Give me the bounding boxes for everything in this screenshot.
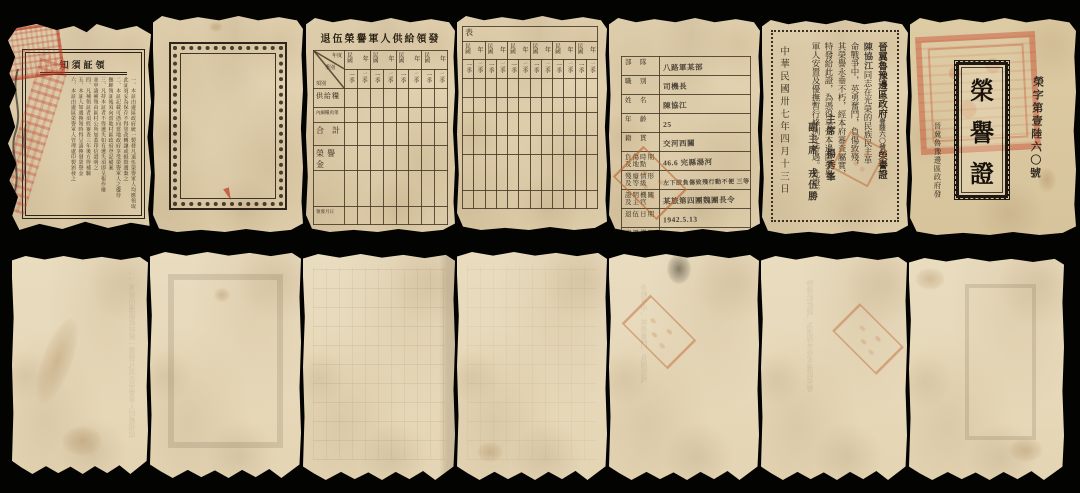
- cell: [370, 171, 383, 207]
- cover-title-char: 譽: [970, 113, 994, 148]
- document-photo: 知須証領 一、本証由邊區政府統一製發凡退伍榮譽軍人均應領取 此証須妥為保存不得塗…: [0, 0, 1080, 493]
- cell: [508, 98, 519, 113]
- cell: [485, 98, 496, 113]
- supply-table-title: 退伍榮譽軍人供給領發: [314, 30, 447, 45]
- certificate-date: 中華民國卅七年四月十三日: [776, 46, 790, 208]
- form-value: 滿城縣政府: [660, 228, 751, 233]
- form-value: 46.6 完縣湯河: [660, 152, 751, 171]
- stain: [28, 314, 87, 409]
- year-label: 民國: [398, 52, 404, 63]
- paper-texture: [609, 254, 759, 480]
- quarter-cell: 一季: [463, 60, 474, 79]
- cover-ornate-frame: 榮 譽 證: [954, 60, 1010, 200]
- cell: [496, 136, 507, 155]
- panel-back-1: 一、本証由邊區政府統一製發凡退伍榮譽軍人均應領取: [12, 256, 148, 474]
- notice-column: 四、凡補領証者須經審查三年後方得補驗: [84, 77, 92, 210]
- panel-info-form: 部 隊八路軍某部 職 別司機長 姓 名陳協江 年 齡25 籍 貫交河西關 負傷時…: [609, 18, 760, 232]
- cell: [586, 113, 597, 136]
- cell: [396, 207, 409, 225]
- form-label: 年 齡: [622, 114, 660, 133]
- year-label: 民國: [554, 43, 560, 54]
- cell: [474, 191, 485, 209]
- diagonal-header-cell: 年度 季別 項別: [314, 51, 345, 89]
- cell: [396, 171, 409, 207]
- year-suffix: 年: [363, 54, 369, 63]
- panel-back-3: [303, 254, 455, 480]
- cell: [345, 171, 358, 207]
- cell: [553, 191, 564, 209]
- cell: [575, 98, 586, 113]
- year-suffix: 年: [522, 45, 528, 54]
- cover-title-char: 證: [970, 154, 994, 189]
- panel-back-6: 特發給此證，為憑得享受本邊區榮譽: [761, 256, 907, 480]
- quarter-cell: 二季: [519, 60, 530, 79]
- cell: [496, 79, 507, 98]
- cell: [530, 191, 541, 209]
- cell: [396, 146, 409, 171]
- cell: [474, 79, 485, 98]
- year-suffix: 年: [440, 54, 446, 63]
- cell: [541, 155, 552, 191]
- notice-column: 三、凡持本証者不得遺失如有遺失須即呈報作廢: [99, 77, 107, 210]
- year-group-cell: 民國年: [370, 51, 396, 70]
- cell: [564, 79, 575, 98]
- cell: [474, 98, 485, 113]
- cell: [496, 98, 507, 113]
- cell: [345, 89, 358, 108]
- quarter-cell: 一季: [396, 70, 409, 89]
- cell: [541, 98, 552, 113]
- cover-serial-number: 榮字第壹陸六〇號: [1026, 76, 1046, 180]
- cell: [575, 136, 586, 155]
- cell: [519, 79, 530, 98]
- cell: [485, 113, 496, 136]
- cell: [553, 113, 564, 136]
- year-label: 民國: [372, 52, 378, 63]
- diag-label-quarter: 季別: [325, 64, 335, 71]
- panel-blank-frame: [153, 16, 303, 232]
- cell: [519, 136, 530, 155]
- quarter-cell: 一季: [370, 70, 383, 89]
- quarter-cell: 一季: [553, 60, 564, 79]
- cell: [383, 207, 396, 225]
- vice-chairman-signature: 副主席 戎伍勝: [804, 122, 818, 203]
- notice-column: 撫卹領証後須向當地村區政府登記備案: [106, 77, 114, 210]
- cell: [409, 89, 422, 108]
- supply-table-cont: 表 民國年 民國年 民國年 民國年 民國年 民國年 一季 二季 一季 二季 一季…: [462, 26, 598, 209]
- row-label: 領發月日: [314, 207, 345, 225]
- cell: [383, 123, 396, 146]
- year-suffix: 年: [545, 45, 551, 54]
- cell: [370, 89, 383, 108]
- cell: [370, 123, 383, 146]
- cell: [396, 108, 409, 123]
- form-label: 職 別: [622, 76, 660, 95]
- panel-supply-table-cont: 表 民國年 民國年 民國年 民國年 民國年 民國年 一季 二季 一季 二季 一季…: [457, 16, 607, 230]
- year-group-cell: 民國年: [553, 42, 576, 60]
- cell: [508, 155, 519, 191]
- form-value: 陳協江: [660, 95, 751, 114]
- panel-back-4: [457, 252, 607, 480]
- cell: [409, 207, 422, 225]
- quarter-cell: 一季: [575, 60, 586, 79]
- stain: [1009, 438, 1043, 462]
- year-group-cell: 民國年: [530, 42, 553, 60]
- form-label: 安置機關 及經手人: [622, 228, 660, 233]
- year-group-cell: 民國年: [508, 42, 531, 60]
- year-suffix: 年: [500, 45, 506, 54]
- year-group-cell: 民國年: [345, 51, 371, 70]
- cell: [409, 108, 422, 123]
- cell: [409, 146, 422, 171]
- cell: [519, 113, 530, 136]
- notice-column: 六、本証由邊區榮譽軍人管理處印製頒發之: [69, 77, 77, 210]
- cell: [345, 108, 358, 123]
- cell: [541, 136, 552, 155]
- cell: [396, 123, 409, 146]
- form-value: 司機長: [660, 76, 751, 95]
- year-label: 民國: [423, 52, 429, 63]
- cell: [541, 191, 552, 209]
- cell: [485, 136, 496, 155]
- stain: [1038, 168, 1056, 192]
- diag-label-year: 年度: [332, 52, 342, 59]
- cell: [357, 207, 370, 225]
- cell: [553, 98, 564, 113]
- form-label: 部 隊: [622, 57, 660, 76]
- cell: [530, 79, 541, 98]
- title-continuation: 表: [463, 27, 598, 42]
- paper-texture: [761, 256, 907, 480]
- quarter-cell: 一季: [485, 60, 496, 79]
- cell: [435, 108, 448, 123]
- cell: [357, 146, 370, 171]
- form-value: 1942.5.13: [660, 209, 751, 228]
- cell: [357, 89, 370, 108]
- notice-column: 二、本証記載可憑向當地政府享受榮譽軍人之優待: [114, 77, 122, 210]
- quarter-cell: 二季: [564, 60, 575, 79]
- cell: [564, 136, 575, 155]
- quarter-cell: 二季: [357, 70, 370, 89]
- year-suffix: 年: [388, 54, 394, 63]
- cell: [383, 89, 396, 108]
- cell: [496, 155, 507, 191]
- certificate-heading: 晉冀魯豫邊區政府壹陸六〇號榮譽證: [874, 42, 888, 210]
- supply-table: 年度 季別 項別 民國年 民國年 民國年 民國年 一季 二季 一季 二季 一季 …: [313, 50, 448, 225]
- cell: [485, 79, 496, 98]
- bleed-through-text: 一、本証由邊區政府統一製發凡退伍榮譽軍人均應領取: [127, 270, 138, 450]
- quarter-cell: 一季: [422, 70, 435, 89]
- cell: [357, 171, 370, 207]
- cell: [586, 191, 597, 209]
- cell: [474, 155, 485, 191]
- quarter-cell: 二季: [383, 70, 396, 89]
- quarter-cell: 二季: [409, 70, 422, 89]
- notice-column: 並申請補領由區村公所加蓋印信證明之: [91, 77, 99, 210]
- panel-back-7: [909, 258, 1064, 480]
- cell: [422, 207, 435, 225]
- cell: [508, 136, 519, 155]
- cell: [435, 207, 448, 225]
- cell: [564, 155, 575, 191]
- year-group-cell: 民國年: [463, 42, 486, 60]
- cell: [463, 191, 474, 209]
- year-label: 民國: [577, 43, 583, 54]
- cell: [370, 108, 383, 123]
- cell: [463, 136, 474, 155]
- cell: [496, 113, 507, 136]
- cell: [409, 171, 422, 207]
- cell: [463, 79, 474, 98]
- cell: [564, 113, 575, 136]
- cell: [575, 191, 586, 209]
- cell: [474, 136, 485, 155]
- quarter-cell: 一季: [345, 70, 358, 89]
- cell: [422, 171, 435, 207]
- cover-title: 榮 譽 證: [959, 71, 1005, 189]
- cell: [530, 113, 541, 136]
- year-label: 民國: [532, 43, 538, 54]
- cell: [553, 136, 564, 155]
- cell: [530, 136, 541, 155]
- cell: [485, 155, 496, 191]
- cell: [519, 98, 530, 113]
- year-suffix: 年: [477, 45, 483, 54]
- cell: [345, 146, 358, 171]
- quarter-cell: 二季: [435, 70, 448, 89]
- quarter-cell: 二季: [586, 60, 597, 79]
- quarter-cell: 一季: [530, 60, 541, 79]
- row-label: [314, 171, 345, 207]
- quarter-cell: 二季: [541, 60, 552, 79]
- quarter-cell: 二季: [496, 60, 507, 79]
- recipient-name: 陳協江: [861, 42, 875, 71]
- form-value: 25: [660, 114, 751, 133]
- info-form-table: 部 隊八路軍某部 職 別司機長 姓 名陳協江 年 齡25 籍 貫交河西關 負傷時…: [621, 56, 751, 232]
- stain: [62, 426, 102, 456]
- cell: [474, 113, 485, 136]
- form-label: 姓 名: [622, 95, 660, 114]
- cell: [357, 108, 370, 123]
- cell: [508, 79, 519, 98]
- cell: [586, 155, 597, 191]
- year-label: 民國: [509, 43, 515, 54]
- cell: [508, 113, 519, 136]
- cell: [586, 136, 597, 155]
- cell: [435, 89, 448, 108]
- quarter-cell: 一季: [508, 60, 519, 79]
- cell: [357, 123, 370, 146]
- panel-back-2: [150, 252, 301, 478]
- year-group-cell: 民國年: [485, 42, 508, 60]
- cell: [564, 98, 575, 113]
- notice-column: 五、本証人如遇換領時得呈請換發榮譽金: [76, 77, 84, 210]
- stain: [477, 442, 503, 462]
- cell: [508, 191, 519, 209]
- cell: [485, 191, 496, 209]
- red-diamond-stamp: [832, 303, 904, 375]
- year-label: 民國: [487, 43, 493, 54]
- cell: [422, 123, 435, 146]
- cell: [519, 155, 530, 191]
- cell: [463, 98, 474, 113]
- chairman-signature: 主席 楊秀峯: [822, 114, 836, 183]
- cell: [435, 171, 448, 207]
- cell: [422, 108, 435, 123]
- notice-column: 此証須妥為保存不得塗改轉讓或損毀遺棄之: [121, 77, 129, 210]
- row-label: 合 計: [314, 123, 345, 146]
- year-group-cell: 民國年: [396, 51, 422, 70]
- cell: [345, 207, 358, 225]
- cell: [409, 123, 422, 146]
- panel-back-5: 命戰爭中，英勇奮鬥，負傷致殘，: [609, 254, 759, 480]
- cell: [575, 79, 586, 98]
- cell: [370, 207, 383, 225]
- bleed-through-frame: [965, 284, 1036, 440]
- bleed-through-text: 特發給此證，為憑得享受本邊區榮譽: [805, 280, 816, 460]
- cell: [463, 113, 474, 136]
- stain: [915, 268, 945, 290]
- year-label: 民國: [346, 52, 352, 63]
- cell: [553, 155, 564, 191]
- cell: [530, 155, 541, 191]
- cell: [530, 98, 541, 113]
- cell: [345, 123, 358, 146]
- certificate-line: 命戰爭中，英勇奮鬥，負傷致殘，: [848, 42, 861, 210]
- quarter-cell: 二季: [474, 60, 485, 79]
- cell: [383, 108, 396, 123]
- cell: [541, 113, 552, 136]
- year-suffix: 年: [414, 54, 420, 63]
- year-group-cell: 民國年: [422, 51, 448, 70]
- cover-issuer: 晉冀魯豫邊區政府發: [932, 122, 943, 199]
- cell: [396, 89, 409, 108]
- panel-notice: 知須証領 一、本証由邊區政府統一製發凡退伍榮譽軍人均應領取 此証須妥為保存不得塗…: [8, 24, 151, 230]
- cell: [586, 98, 597, 113]
- year-label: 民國: [464, 43, 470, 54]
- cell: [370, 146, 383, 171]
- panel-cover: 榮 譽 證 榮字第壹陸六〇號 晉冀魯豫邊區政府發: [910, 18, 1076, 235]
- notice-column: 一、本証由邊區政府統一製發凡退伍榮譽軍人均應領取: [129, 77, 137, 210]
- cell: [575, 113, 586, 136]
- panel-certificate: 晉冀魯豫邊區政府壹陸六〇號榮譽證 陳協江同志在光榮的民族民主革 命戰爭中，英勇奮…: [762, 20, 908, 234]
- panel-supply-table: 退伍榮譽軍人供給領發 年度 季別 項別 民國年 民國年 民國年 民國年 一季 二…: [306, 18, 455, 232]
- row-label: 榮譽金: [314, 146, 345, 171]
- cell: [541, 79, 552, 98]
- cell: [496, 191, 507, 209]
- red-diamond-stamp: [622, 295, 697, 370]
- cell: [553, 79, 564, 98]
- bleed-through-grid: [467, 266, 597, 460]
- cell: [575, 155, 586, 191]
- cell: [422, 89, 435, 108]
- form-value: 交河西關: [660, 133, 751, 152]
- cell: [383, 171, 396, 207]
- ink-smudge: [667, 254, 691, 284]
- cell: [564, 191, 575, 209]
- diag-label-item: 項別: [316, 80, 326, 87]
- row-label: 供給糧: [314, 89, 345, 108]
- cell: [422, 146, 435, 171]
- ornate-frame: [169, 42, 287, 210]
- year-suffix: 年: [567, 45, 573, 54]
- row-label: 內細糧肉菜: [314, 108, 345, 123]
- year-group-cell: 民國年: [575, 42, 598, 60]
- cell: [435, 146, 448, 171]
- cell: [435, 123, 448, 146]
- cover-title-char: 榮: [970, 71, 994, 106]
- form-value: 八路軍某部: [660, 57, 751, 76]
- cell: [586, 79, 597, 98]
- ink-scribble: [8, 64, 38, 214]
- stain: [209, 22, 223, 32]
- cell: [463, 155, 474, 191]
- stain: [214, 288, 230, 302]
- cell: [383, 146, 396, 171]
- certificate-line: 其榮譽永垂不朽，經本府審查屬實，: [835, 42, 848, 210]
- bleed-through-grid: [313, 268, 445, 460]
- year-suffix: 年: [590, 45, 596, 54]
- cell: [519, 191, 530, 209]
